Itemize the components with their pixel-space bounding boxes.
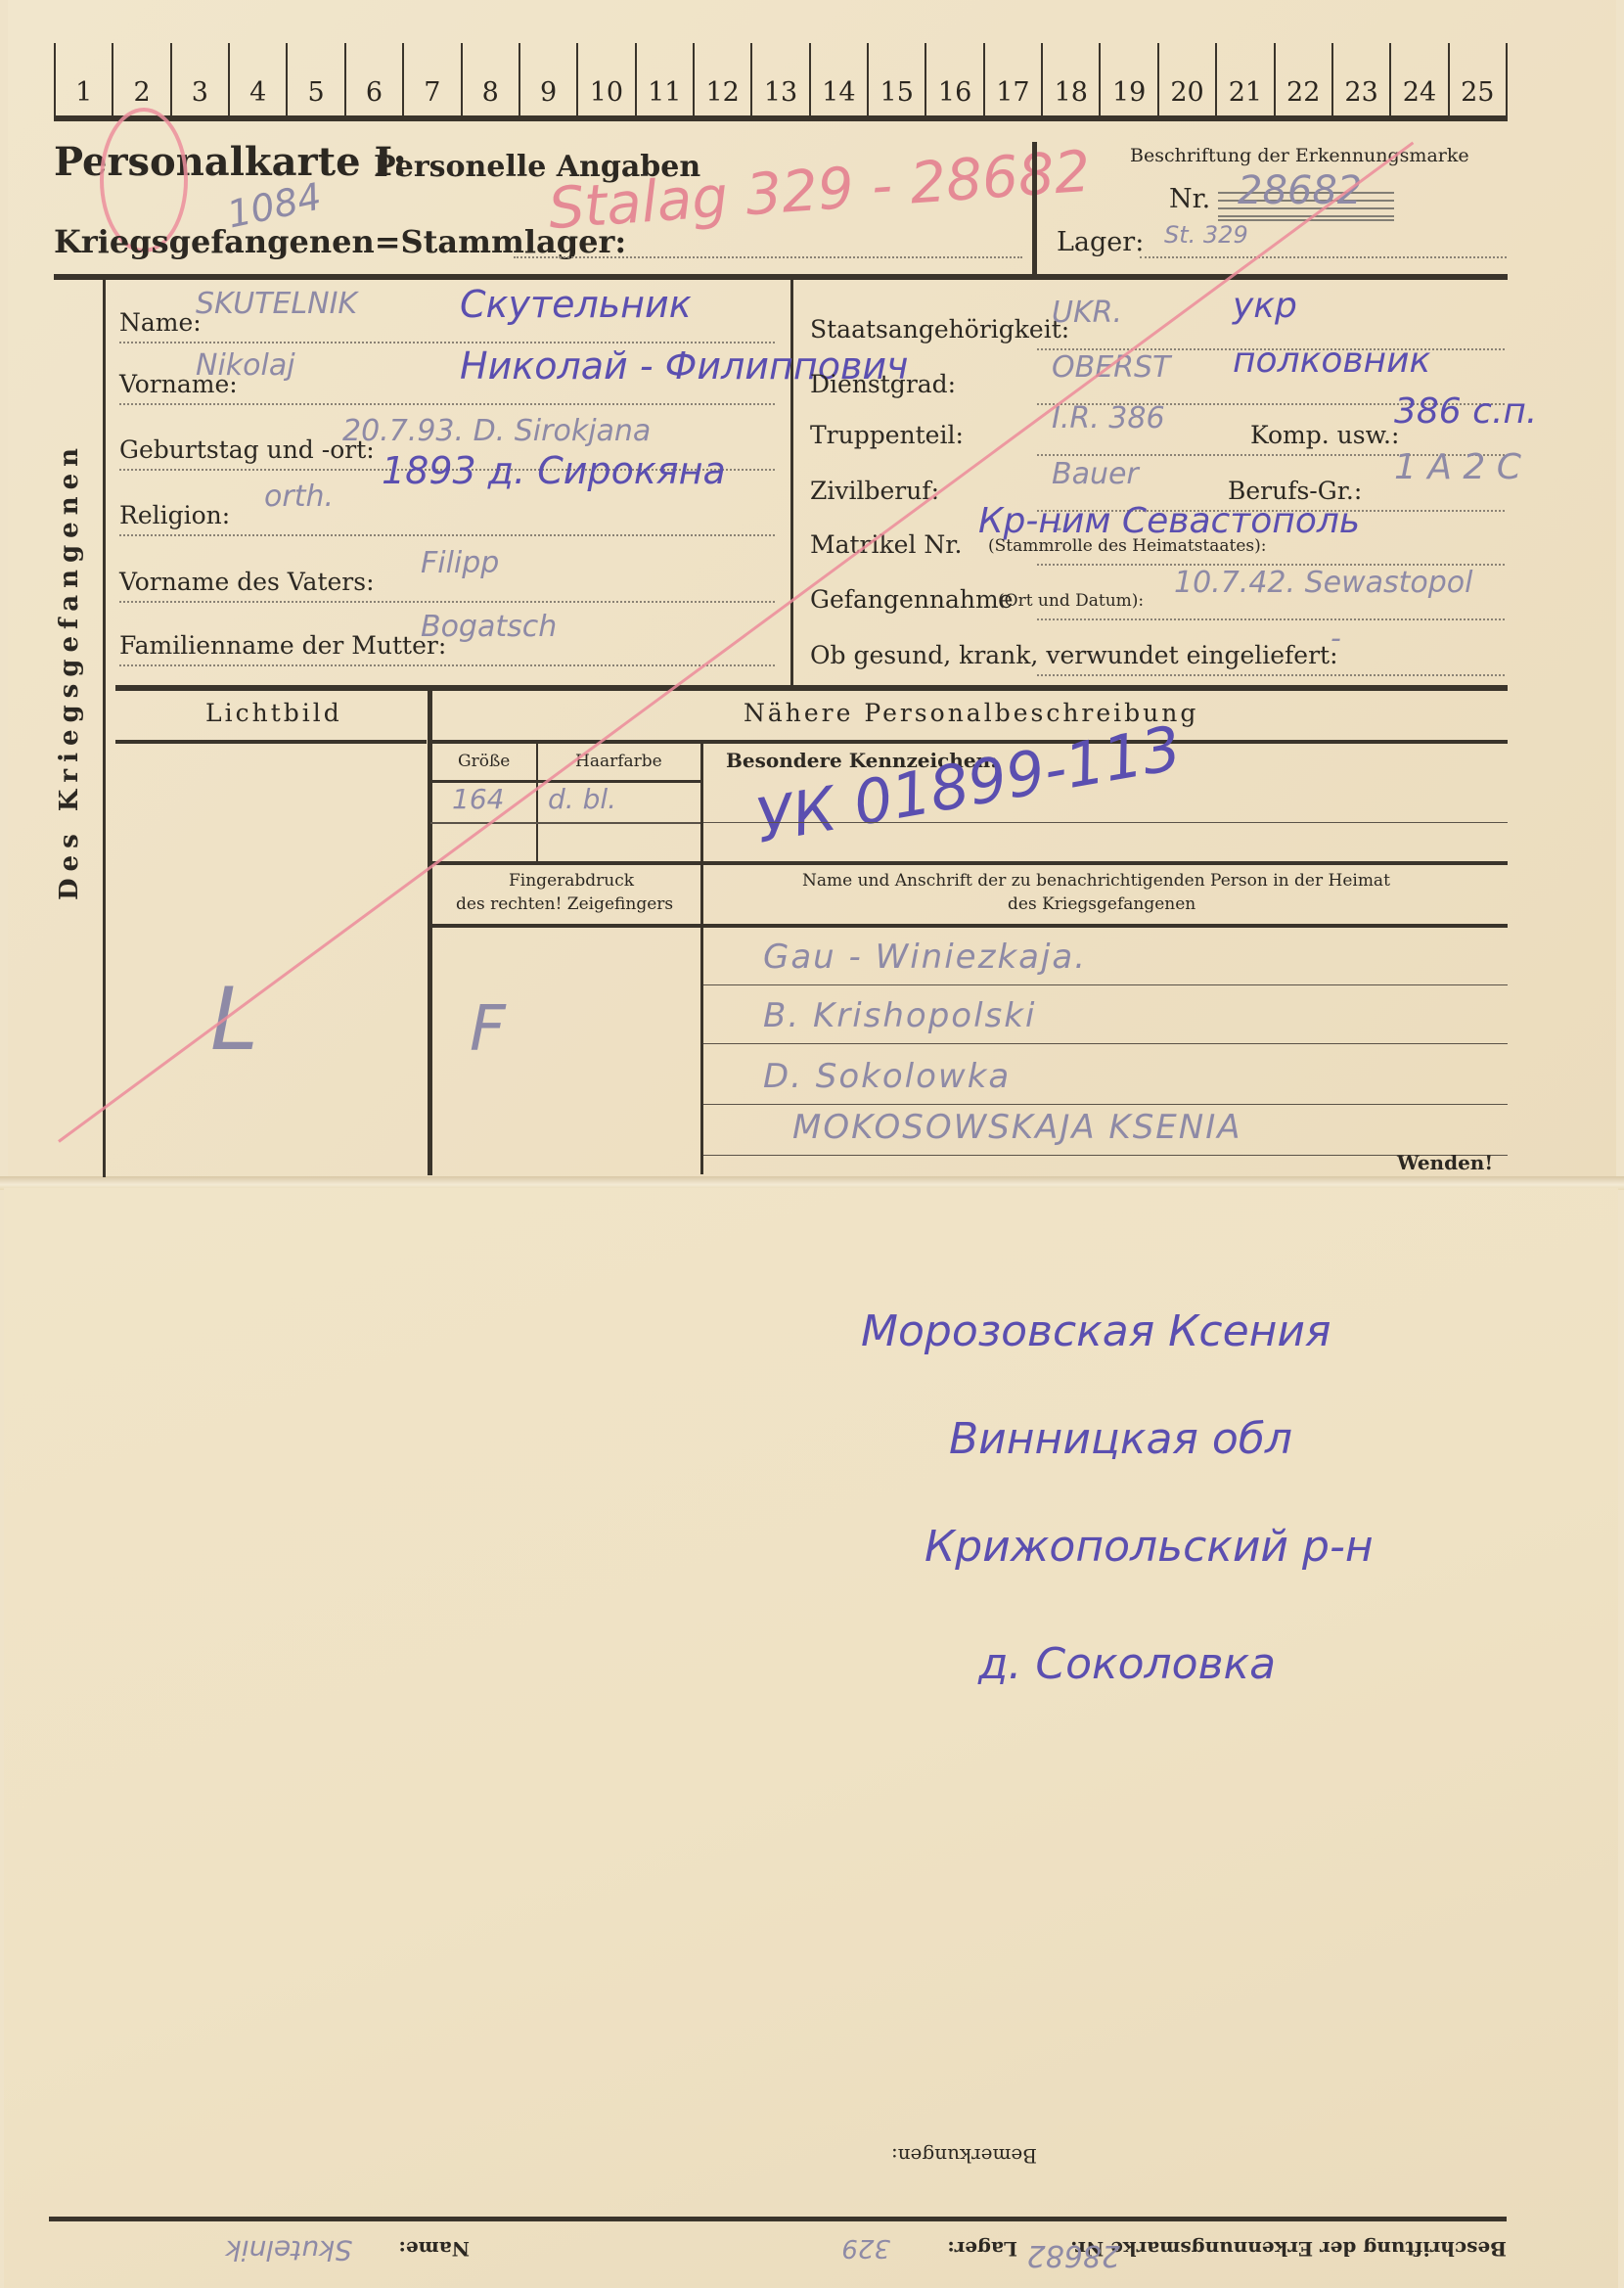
footer-name-value: Skutelnik <box>226 2234 352 2266</box>
field-value-ru: Скутельник <box>460 283 692 326</box>
contact-rule <box>703 1155 1508 1156</box>
field-label: Gefangennahme <box>810 585 1014 614</box>
footer-lager-label: Lager: <box>947 2237 1017 2261</box>
field-value-ru: 1893 д. Сирокяна <box>382 449 726 492</box>
contact-line: MOKOSOWSKAJA KSENIA <box>792 1108 1242 1147</box>
column-number: 22 <box>1274 43 1331 115</box>
stammlager-label: Kriegsgefangenen=Stammlager: <box>54 223 626 260</box>
field-label: Dienstgrad: <box>810 370 956 398</box>
field-value-ru: полковник <box>1233 341 1430 381</box>
contact-label-2: des Kriegsgefangenen <box>1008 894 1195 914</box>
column-number: 11 <box>635 43 693 115</box>
column-number: 8 <box>461 43 519 115</box>
height-label: Größe <box>458 752 510 771</box>
field-value: - <box>1331 621 1341 656</box>
fields-divider <box>790 277 793 688</box>
column-number-strip: 1234567891011121314151617181920212223242… <box>54 43 1508 121</box>
field-dotline <box>119 664 775 666</box>
field-label-2: Komp. usw.: <box>1250 421 1399 449</box>
field-value: Bauer <box>1052 457 1139 491</box>
column-number: 10 <box>576 43 634 115</box>
field-value: 20.7.93. D. Sirokjana <box>342 414 651 448</box>
marks-divider <box>700 744 703 1174</box>
photo-label: Lichtbild <box>205 699 342 727</box>
field-label: Vorname des Vaters: <box>119 568 375 596</box>
contact-label-1: Name und Anschrift der zu benachrichtige… <box>802 871 1390 891</box>
back-line: Крижопольский р-н <box>925 1522 1374 1572</box>
turn-label: Wenden! <box>1397 1151 1493 1174</box>
hair-value: d. bl. <box>548 783 616 815</box>
column-number: 1 <box>54 43 112 115</box>
column-number: 24 <box>1389 43 1447 115</box>
back-line: Винницкая обл <box>949 1414 1292 1464</box>
photo-divider <box>428 688 432 1175</box>
column-number: 12 <box>693 43 750 115</box>
column-number: 3 <box>170 43 228 115</box>
field-value: OBERST <box>1052 350 1170 385</box>
field-label: Staatsangehörigkeit: <box>810 315 1069 343</box>
column-number: 25 <box>1448 43 1508 115</box>
column-number: 13 <box>750 43 808 115</box>
nr-label: Nr. <box>1169 184 1210 214</box>
field-value-ru: Кр-ним Севастополь <box>978 501 1360 541</box>
field-label: Geburtstag und -ort: <box>119 435 375 464</box>
contact-line: D. Sokolowka <box>763 1057 1011 1096</box>
column-number: 2 <box>112 43 169 115</box>
column-number: 20 <box>1157 43 1215 115</box>
column-number: 19 <box>1099 43 1156 115</box>
column-number: 21 <box>1215 43 1273 115</box>
field-label: Name: <box>119 308 202 337</box>
fingerprint-value: F <box>470 993 506 1066</box>
field-value-2: 386 с.п. <box>1394 391 1537 432</box>
lager-dotline <box>1140 256 1507 258</box>
desc-header-rule <box>430 740 1508 744</box>
field-dotline <box>119 534 775 536</box>
field-dotline <box>119 403 775 405</box>
remarks-label: Bemerkungen: <box>891 2144 1037 2168</box>
footer-mark-value: 28682 <box>1027 2238 1120 2272</box>
fp-header-bottom <box>430 924 1508 928</box>
contact-rule <box>703 1043 1508 1044</box>
field-dotline <box>1037 674 1505 676</box>
lager-label: Lager: <box>1057 227 1144 257</box>
field-value: SKUTELNIK <box>196 287 357 321</box>
field-label: Familienname der Mutter: <box>119 631 446 660</box>
field-label: Ob gesund, krank, verwundet eingeliefert… <box>810 641 1338 669</box>
field-dotline <box>119 601 775 603</box>
fp-header-top <box>430 861 1508 865</box>
footer-mark-label: Beschriftung der Erkennungsmarke Nr. <box>1070 2237 1507 2261</box>
field-value: Nikolaj <box>196 348 295 383</box>
contact-line: Gau - Winiezkaja. <box>763 938 1087 977</box>
back-line: Морозовская Ксения <box>861 1306 1331 1356</box>
column-number: 17 <box>983 43 1041 115</box>
stammlager-dotline <box>514 256 1022 258</box>
field-value-2: 1 A 2 C <box>1394 447 1521 487</box>
field-value: Bogatsch <box>421 610 557 644</box>
hair-label: Haarfarbe <box>575 752 662 771</box>
footer-name-label: Name: <box>398 2237 470 2261</box>
footer-lager-value: 329 <box>841 2233 890 2263</box>
rule-2 <box>115 685 1508 691</box>
field-dotline <box>1037 618 1505 620</box>
fingerprint-label-2: des rechten! Zeigefingers <box>456 894 673 914</box>
height-value: 164 <box>452 783 504 815</box>
field-label: Religion: <box>119 501 230 529</box>
back-line: д. Соколовка <box>978 1639 1276 1689</box>
lager-value: St. 329 <box>1164 221 1248 249</box>
field-label: Zivilberuf: <box>810 477 939 505</box>
column-number: 5 <box>286 43 343 115</box>
column-number: 18 <box>1041 43 1099 115</box>
field-value: I.R. 386 <box>1052 401 1165 435</box>
column-number: 6 <box>344 43 402 115</box>
rule-1 <box>54 274 1508 280</box>
field-label: Truppenteil: <box>810 421 964 449</box>
fingerprint-label-1: Fingerabdruck <box>509 871 634 891</box>
column-number: 9 <box>519 43 576 115</box>
column-number: 4 <box>228 43 286 115</box>
field-label: Matrikel Nr. <box>810 530 962 559</box>
field-value-ru: укр <box>1233 286 1297 326</box>
height-hair-divider <box>536 744 538 861</box>
side-label: Des Kriegsgefangenen <box>55 441 84 900</box>
field-value: orth. <box>264 480 334 514</box>
column-number: 7 <box>402 43 460 115</box>
column-number: 14 <box>809 43 867 115</box>
field-dotline <box>119 342 775 343</box>
photo-mark: L <box>210 969 258 1070</box>
field-label-small: (Ort und Datum): <box>998 591 1144 611</box>
marks-rule <box>703 822 1508 823</box>
column-number: 16 <box>925 43 982 115</box>
contact-rule <box>703 1104 1508 1105</box>
field-value: Filipp <box>421 546 499 580</box>
erkennungsmarke-label: Beschriftung der Erkennungsmarke <box>1130 145 1469 166</box>
column-number: 15 <box>867 43 925 115</box>
footer-upside-down: Bemerkungen: Beschriftung der Erkennungs… <box>49 2124 1507 2280</box>
left-border <box>103 277 106 1177</box>
column-number: 23 <box>1331 43 1389 115</box>
title-divider <box>1032 142 1037 274</box>
footer-rule <box>49 2217 1507 2221</box>
photo-header-rule <box>115 740 427 744</box>
field-value: 10.7.42. Sewastopol <box>1174 566 1472 600</box>
field-value: UKR. <box>1052 296 1122 330</box>
size-rule-2 <box>430 822 700 824</box>
contact-rule <box>703 984 1508 985</box>
contact-line: B. Krishopolski <box>763 996 1036 1035</box>
